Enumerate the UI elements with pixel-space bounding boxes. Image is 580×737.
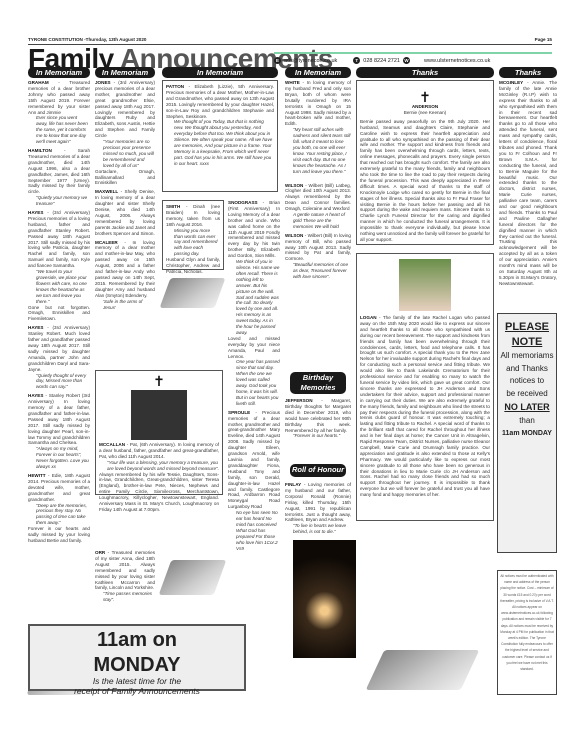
web-icon: W — [403, 57, 410, 64]
page-number: Page 15 — [535, 37, 552, 42]
notice-column-2: JONES - (3rd Anniversary) precious memor… — [95, 80, 155, 310]
portrait-photo — [399, 259, 451, 311]
candle-photo — [293, 540, 356, 658]
phone-number: 028 8224 2721 — [363, 58, 400, 64]
cross-icon: ✝ — [360, 90, 490, 104]
notice-mcginley: MCGINLEY - Annie. The family of the late… — [499, 80, 557, 287]
notice-patton: PATTON - Elizabeth (Lizzie), 5th Anniver… — [162, 80, 278, 192]
notice-wilson: WILSON - Wilbert (Bill) In loving memory… — [285, 233, 351, 263]
please-note-ad: PLEASE NOTE All memoriams and Thanks not… — [497, 313, 557, 553]
terms-small-print: All notices must be authenticated with n… — [497, 570, 557, 695]
notice-finlay: FINLAY - Loving memories of my husband a… — [285, 482, 351, 535]
notice-orr: ORR - Treasured memories of my sister An… — [95, 550, 155, 603]
website-link[interactable]: www.ulsternetnotices.co.uk — [424, 58, 490, 64]
notice-mcaleer: MCALEER - In loving memory of a dear mot… — [95, 240, 155, 299]
portrait-photo — [131, 390, 187, 440]
bible-icon — [159, 560, 227, 595]
notice-logan: LOGAN - The family of the late Rachel Lo… — [356, 253, 494, 521]
notice-jones: JONES - (3rd Anniversary) precious memor… — [95, 80, 155, 139]
section-header-in-memoriam: In Memoriam — [285, 67, 351, 78]
notice-graham: GRAHAM - Treasured memories of a dear br… — [28, 80, 90, 115]
contact-bar: E ads@tyronecon.co.uk T 028 8224 2721 W … — [274, 52, 552, 64]
notice-hayes: HAYES - (3rd Anniversary) Stanley Robert… — [28, 325, 90, 372]
notice-anderson: ✝ ANDERSON Bernie (nee Keenan) Bernie pa… — [356, 80, 494, 245]
section-header-thanks: Thanks — [356, 67, 494, 78]
section-header-thanks: Thanks — [499, 67, 557, 78]
notice-hewitt: HEWITT - Edie, 18th August 2014. Preciou… — [28, 473, 90, 503]
section-header-in-memoriam: In Memoriam — [28, 67, 90, 78]
section-header-birthday-memories: Birthday Memories — [290, 372, 346, 394]
section-header-roll-of-honour: Roll of Honour — [290, 464, 346, 477]
publication-date: TYRONE CONSTITUTION -Thursday, 13th Augu… — [28, 37, 146, 42]
bible-icon — [366, 650, 480, 690]
notice-snodgrass: SNODGRASS - Brian (First Anniversary) In… — [228, 200, 280, 551]
notice-sproule: SPROULE - Precious memories of a dear mo… — [228, 410, 280, 510]
notice-hamilton: HAMILTON - Sarah Treasured memories of a… — [28, 148, 90, 195]
section-header-in-memoriam: In Memoriam — [162, 67, 278, 78]
notice-smith: SMITH - Dinah (nee Braiden) In loving me… — [162, 200, 224, 270]
notice-white: WHITE - In loving memory of my husband F… — [285, 80, 351, 127]
notice-column-4: WHITE - In loving memory of my husband F… — [285, 80, 351, 280]
email-icon: E — [274, 57, 281, 64]
notice-jefferson: JEFFERSON - Margaret, Birthday thoughts … — [285, 398, 351, 439]
notice-wilson: WILSON - Wilbert (Bill) Latbeg, Clogher … — [285, 183, 351, 213]
notice-column-1: GRAHAM - Treasured memories of a dear br… — [28, 80, 90, 544]
notice-mccallan: ✝ MCCALLAN - Pat, (6th Anniversary). In … — [95, 370, 223, 495]
phone-icon: T — [353, 57, 360, 64]
deadline-ad: 11am on MONDAY Is the latest time for th… — [28, 624, 246, 691]
notice-maxwell: MAXWELL - Shelly Denise, In loving memor… — [95, 189, 155, 236]
notice-hayes: HAYES - Stanley Robert (3rd Anniversary)… — [28, 393, 90, 446]
bible-icon — [160, 278, 226, 308]
section-header-in-memoriam: In Memoriam — [95, 67, 155, 78]
cross-icon: ✝ — [99, 374, 219, 388]
notice-hayes: HAYES - (3rd Anniversary) Precious memor… — [28, 210, 90, 269]
email-link[interactable]: ads@tyronecon.co.uk — [284, 58, 337, 64]
